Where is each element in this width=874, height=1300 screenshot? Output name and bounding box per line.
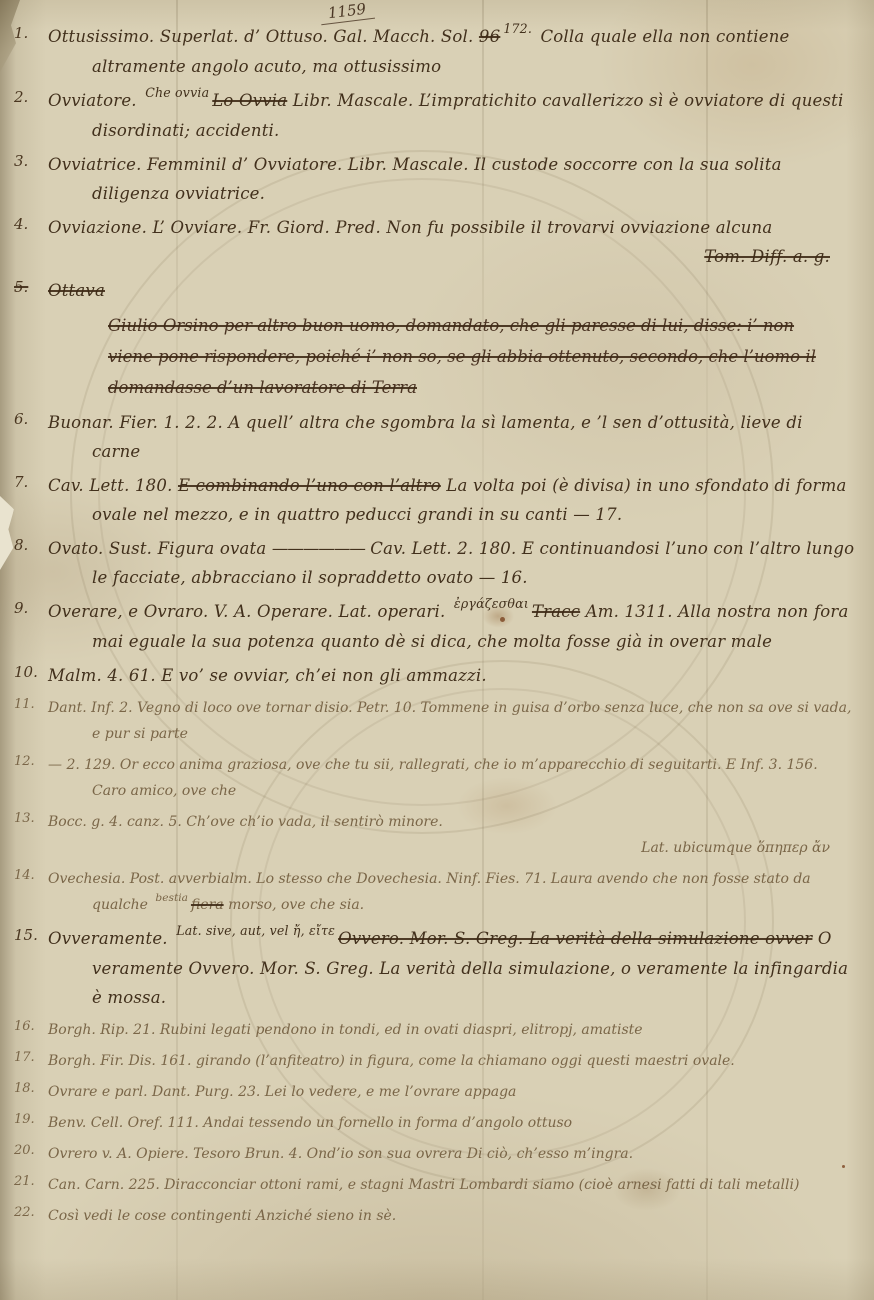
interlinear-insertion: Lat. sive, aut, vel ἤ, εἴτε	[176, 916, 335, 945]
entry: 13.Bocc. g. 4. canz. 5. Ch’ove ch’io vad…	[14, 809, 856, 861]
struck-text: Lo Ovvia	[212, 91, 287, 110]
interlinear-insertion: bestia	[155, 885, 188, 911]
entry: 18.Ovrare e parl. Dant. Purg. 23. Lei lo…	[14, 1079, 856, 1105]
entry-number: 21.	[14, 1172, 48, 1198]
entry-text: Can. Carn. 225. Diracconciar ottoni rami…	[48, 1172, 856, 1198]
entry-text: Cav. Lett. 180. E combinando l’uno con l…	[48, 471, 856, 529]
entry: 2.Ovviatore. Che ovviaLo Ovvia Libr. Mas…	[14, 86, 856, 145]
entry: 10.Malm. 4. 61. E vo’ se ovviar, ch’ei n…	[14, 661, 856, 690]
struck-text: Tracc	[532, 602, 580, 621]
entry-text: Ovviatore. Che ovviaLo Ovvia Libr. Masca…	[48, 86, 856, 145]
entry-text: Ovrero v. A. Opiere. Tesoro Brun. 4. Ond…	[48, 1141, 856, 1167]
text-segment: Ottusissimo. Superlat. d’ Ottuso. Gal. M…	[48, 27, 479, 46]
text-segment: — 2. 129. Or ecco anima graziosa, ove ch…	[48, 757, 818, 799]
entry-text: Ottava	[48, 276, 856, 305]
struck-text: domandasse d’un lavoratore di Terra	[108, 372, 856, 403]
entry: 12.— 2. 129. Or ecco anima graziosa, ove…	[14, 752, 856, 804]
text-segment: Buonar. Fier. 1. 2. 2. A quell’ altra ch…	[48, 413, 803, 461]
entry: 16.Borgh. Rip. 21. Rubini legati pendono…	[14, 1017, 856, 1043]
entry-text: Ovveramente. Lat. sive, aut, vel ἤ, εἴτε…	[48, 924, 856, 1012]
entry-text: Giulio Orsino per altro buon uomo, doman…	[48, 310, 856, 403]
entry-number: 18.	[14, 1079, 48, 1105]
text-segment: Borgh. Rip. 21. Rubini legati pendono in…	[48, 1022, 643, 1038]
entry-number: 10.	[14, 661, 48, 690]
entry-number: 11.	[14, 695, 48, 747]
torn-edge	[0, 496, 14, 570]
text-segment: Borgh. Fir. Dis. 161. girando (l’anfitea…	[48, 1053, 735, 1069]
text-segment: Ovviazione. L’ Ovviare. Fr. Giord. Pred.…	[48, 218, 772, 237]
entry: 6.Buonar. Fier. 1. 2. 2. A quell’ altra …	[14, 408, 856, 466]
entry: 7.Cav. Lett. 180. E combinando l’uno con…	[14, 471, 856, 529]
text-segment: ——————	[272, 539, 365, 558]
entry-text: Borgh. Rip. 21. Rubini legati pendono in…	[48, 1017, 856, 1043]
entry-text: Ovrare e parl. Dant. Purg. 23. Lei lo ve…	[48, 1079, 856, 1105]
entry-number: 5.	[14, 276, 48, 305]
entries-list: 1.Ottusissimo. Superlat. d’ Ottuso. Gal.…	[14, 22, 856, 1234]
entry-text: Ovviazione. L’ Ovviare. Fr. Giord. Pred.…	[48, 213, 856, 271]
entry-number: 15.	[14, 924, 48, 1012]
struck-text: viene pone rispondere, poiché i’ non so,…	[108, 341, 856, 372]
struck-text: Giulio Orsino per altro buon uomo, doman…	[108, 310, 856, 341]
entry-text: Overare, e Ovraro. V. A. Operare. Lat. o…	[48, 597, 856, 656]
entry-number: 19.	[14, 1110, 48, 1136]
interlinear-insertion: 172.	[503, 14, 532, 43]
entry-number: 4.	[14, 213, 48, 271]
entry: 5.Ottava	[14, 276, 856, 305]
entry-number: 6.	[14, 408, 48, 466]
text-segment: morso, ove che sia.	[224, 897, 365, 913]
entry: 3.Ovviatrice. Femminil d’ Ovviatore. Lib…	[14, 150, 856, 208]
entry-number: 13.	[14, 809, 48, 861]
entry: 17.Borgh. Fir. Dis. 161. girando (l’anfi…	[14, 1048, 856, 1074]
entry-number: 14.	[14, 866, 48, 919]
struck-text: Ovvero. Mor. S. Greg. La verità della si…	[338, 929, 812, 948]
text-segment: Cav. Lett. 180.	[48, 476, 178, 495]
entry-text: Ovviatrice. Femminil d’ Ovviatore. Libr.…	[48, 150, 856, 208]
struck-text: Tom. Diff. a. g.	[92, 242, 856, 271]
text-segment: Ovrero v. A. Opiere. Tesoro Brun. 4. Ond…	[48, 1146, 633, 1162]
entry-number: 8.	[14, 534, 48, 592]
entry: 19.Benv. Cell. Oref. 111. Andai tessendo…	[14, 1110, 856, 1136]
entry-number: 17.	[14, 1048, 48, 1074]
text-segment: Ovato. Sust. Figura ovata	[48, 539, 272, 558]
entry-text: Borgh. Fir. Dis. 161. girando (l’anfitea…	[48, 1048, 856, 1074]
text-segment: Can. Carn. 225. Diracconciar ottoni rami…	[48, 1177, 799, 1193]
entry: 14.Ovechesia. Post. avverbialm. Lo stess…	[14, 866, 856, 919]
entry-text: Dant. Inf. 2. Vegno di loco ove tornar d…	[48, 695, 856, 747]
entry: 1.Ottusissimo. Superlat. d’ Ottuso. Gal.…	[14, 22, 856, 81]
entry-text: Benv. Cell. Oref. 111. Andai tessendo un…	[48, 1110, 856, 1136]
interlinear-insertion: Che ovvia	[145, 78, 209, 107]
entry-number: 16.	[14, 1017, 48, 1043]
manuscript-page: 1159 1.Ottusissimo. Superlat. d’ Ottuso.…	[0, 0, 874, 1300]
entry: 8.Ovato. Sust. Figura ovata —————— Cav. …	[14, 534, 856, 592]
text-segment: Ovviatore.	[48, 91, 142, 110]
struck-text: fiera	[191, 897, 224, 913]
entry: 15.Ovveramente. Lat. sive, aut, vel ἤ, ε…	[14, 924, 856, 1012]
entry: Giulio Orsino per altro buon uomo, doman…	[14, 310, 856, 403]
text-segment: Benv. Cell. Oref. 111. Andai tessendo un…	[48, 1115, 572, 1131]
entry-text: Malm. 4. 61. E vo’ se ovviar, ch’ei non …	[48, 661, 856, 690]
entry-number: 22.	[14, 1203, 48, 1229]
text-segment: Malm. 4. 61. E vo’ se ovviar, ch’ei non …	[48, 666, 487, 685]
entry: 11.Dant. Inf. 2. Vegno di loco ove torna…	[14, 695, 856, 747]
entry-text: Bocc. g. 4. canz. 5. Ch’ove ch’io vada, …	[48, 809, 856, 861]
entry-text: Ottusissimo. Superlat. d’ Ottuso. Gal. M…	[48, 22, 856, 81]
entry-text: — 2. 129. Or ecco anima graziosa, ove ch…	[48, 752, 856, 804]
entry-text: Così vedi le cose contingenti Anziché si…	[48, 1203, 856, 1229]
text-segment: Così vedi le cose contingenti Anziché si…	[48, 1208, 396, 1224]
text-segment: Ovviatrice. Femminil d’ Ovviatore. Libr.…	[48, 155, 782, 203]
text-segment: Overare, e Ovraro. V. A. Operare. Lat. o…	[48, 602, 451, 621]
entry-text: Buonar. Fier. 1. 2. 2. A quell’ altra ch…	[48, 408, 856, 466]
entry: 4.Ovviazione. L’ Ovviare. Fr. Giord. Pre…	[14, 213, 856, 271]
entry-number: 20.	[14, 1141, 48, 1167]
text-segment: Bocc. g. 4. canz. 5. Ch’ove ch’io vada, …	[48, 814, 443, 830]
entry-text: Ovato. Sust. Figura ovata —————— Cav. Le…	[48, 534, 856, 592]
struck-text: Ottava	[48, 281, 105, 300]
entry: 20.Ovrero v. A. Opiere. Tesoro Brun. 4. …	[14, 1141, 856, 1167]
entry-number	[14, 310, 48, 403]
entry: 9.Overare, e Ovraro. V. A. Operare. Lat.…	[14, 597, 856, 656]
struck-text: E combinando l’uno con l’altro	[178, 476, 441, 495]
interlinear-insertion: ἐργάζεσθαι	[454, 589, 529, 618]
entry-number: 12.	[14, 752, 48, 804]
text-segment: Ovrare e parl. Dant. Purg. 23. Lei lo ve…	[48, 1084, 516, 1100]
entry: 21.Can. Carn. 225. Diracconciar ottoni r…	[14, 1172, 856, 1198]
struck-text: 96	[479, 27, 500, 46]
text-segment: Dant. Inf. 2. Vegno di loco ove tornar d…	[48, 700, 851, 742]
entry-number: 7.	[14, 471, 48, 529]
text-segment: Lat. ubicumque ὅπηπερ ἄν	[92, 835, 856, 861]
entry: 22.Così vedi le cose contingenti Anziché…	[14, 1203, 856, 1229]
entry-number: 1.	[14, 22, 48, 81]
entry-number: 2.	[14, 86, 48, 145]
entry-number: 9.	[14, 597, 48, 656]
entry-number: 3.	[14, 150, 48, 208]
entry-text: Ovechesia. Post. avverbialm. Lo stesso c…	[48, 866, 856, 919]
text-segment: Ovveramente.	[48, 929, 173, 948]
